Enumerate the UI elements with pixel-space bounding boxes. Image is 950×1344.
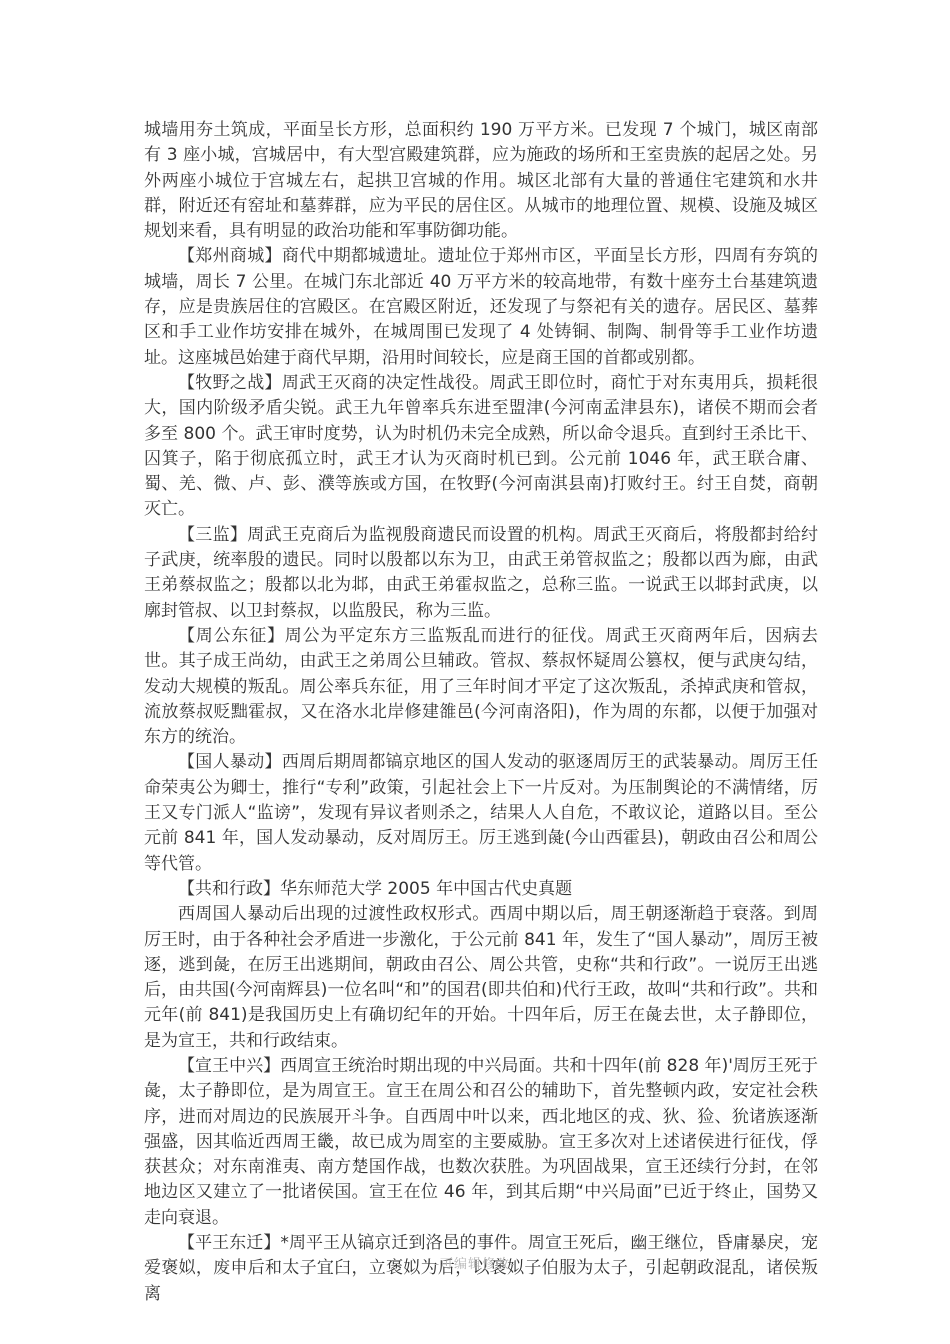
paragraph-1: 【郑州商城】商代中期都城遗址。遗址位于郑州市区，平面呈长方形，四周有夯筑的城墙，… bbox=[144, 244, 818, 370]
paragraph-0: 城墙用夯土筑成，平面呈长方形，总面积约 190 万平方米。已发现 7 个城门，城… bbox=[144, 118, 818, 244]
document-page: 城墙用夯土筑成，平面呈长方形，总面积约 190 万平方米。已发现 7 个城门，城… bbox=[0, 0, 950, 1344]
paragraph-8: 【宣王中兴】西周宣王统治时期出现的中兴局面。共和十四年(前 828 年)'周厉王… bbox=[144, 1054, 818, 1231]
page-footer: -可编辑修改- bbox=[0, 1253, 950, 1272]
paragraph-5: 【国人暴动】西周后期周都镐京地区的国人发动的驱逐周厉王的武装暴动。周厉王任命荣夷… bbox=[144, 750, 818, 876]
paragraph-4: 【周公东征】周公为平定东方三监叛乱而进行的征伐。周武王灭商两年后，因病去世。其子… bbox=[144, 624, 818, 750]
paragraph-7: 西周国人暴动后出现的过渡性政权形式。西周中期以后，周王朝逐渐趋于衰落。到周厉王时… bbox=[144, 902, 818, 1054]
paragraph-2: 【牧野之战】周武王灭商的决定性战役。周武王即位时，商忙于对东夷用兵，损耗很大，国… bbox=[144, 371, 818, 523]
paragraph-6: 【共和行政】华东师范大学 2005 年中国古代史真题 bbox=[144, 877, 818, 902]
document-body: 城墙用夯土筑成，平面呈长方形，总面积约 190 万平方米。已发现 7 个城门，城… bbox=[144, 118, 818, 1307]
paragraph-3: 【三监】周武王克商后为监视殷商遗民而设置的机构。周武王灭商后，将殷都封给纣子武庚… bbox=[144, 523, 818, 624]
